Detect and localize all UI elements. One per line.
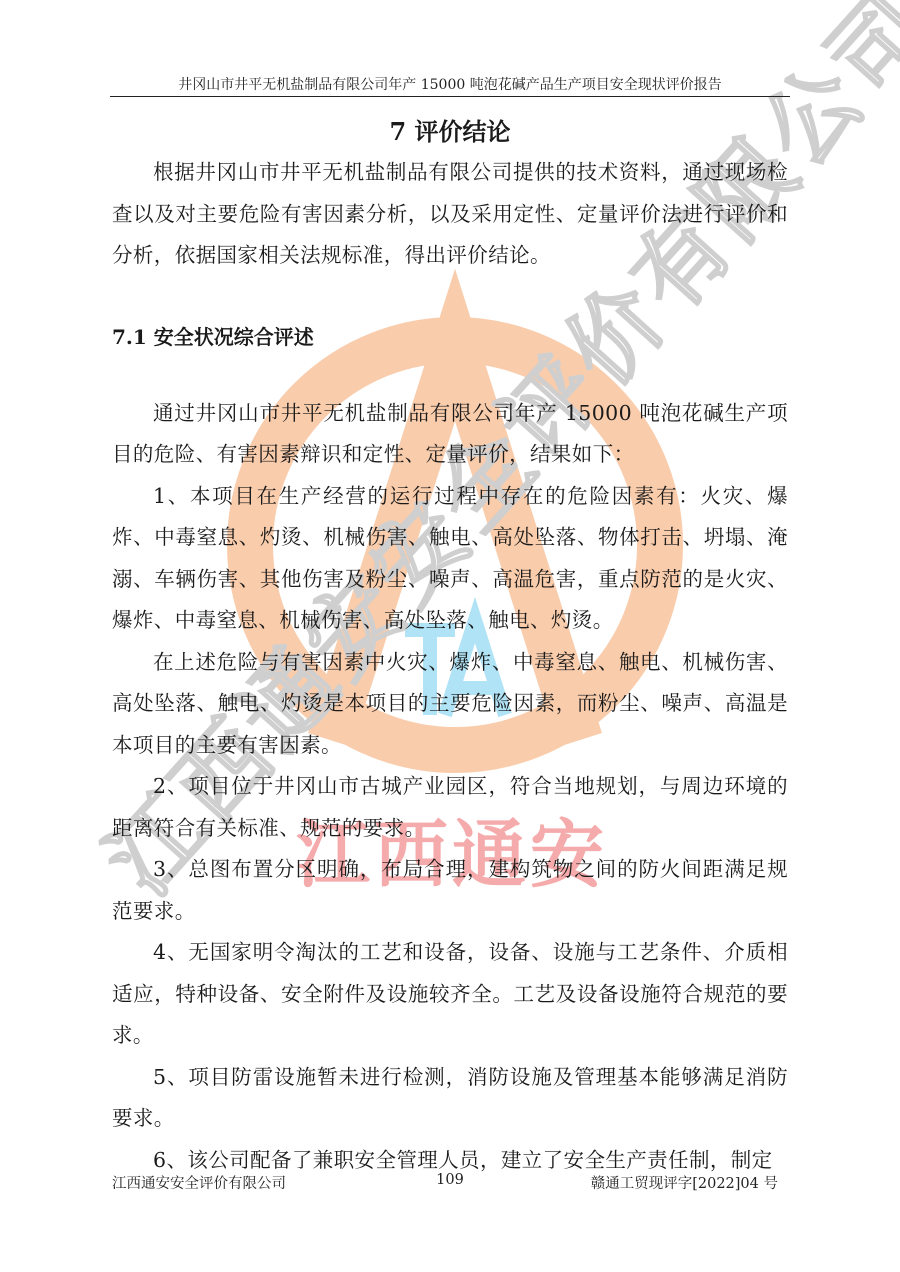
section-paragraph-item-1: 1、本项目在生产经营的运行过程中存在的危险因素有：火灾、爆炸、中毒窒息、灼烫、机… xyxy=(112,476,788,642)
chapter-intro-paragraph: 根据井冈山市井平无机盐制品有限公司提供的技术资料，通过现场检查以及对主要危险有害… xyxy=(112,152,788,277)
section-paragraph-item-5: 5、项目防雷设施暂未进行检测，消防设施及管理基本能够满足消防要求。 xyxy=(112,1057,788,1140)
section-paragraph-item-2: 2、项目位于井冈山市古城产业园区，符合当地规划，与周边环境的距离符合有关标准、规… xyxy=(112,766,788,849)
section-paragraph-item-4: 4、无国家明令淘汰的工艺和设备，设备、设施与工艺条件、介质相适应，特种设备、安全… xyxy=(112,932,788,1057)
section-paragraph-item-6: 6、该公司配备了兼职安全管理人员，建立了安全生产责任制，制定 xyxy=(112,1140,788,1182)
section-title: 7.1 安全状况综合评述 xyxy=(112,317,788,357)
section-paragraph-intro: 通过井冈山市井平无机盐制品有限公司年产 15000 吨泡花碱生产项目的危险、有害… xyxy=(112,393,788,476)
page-header: 井冈山市井平无机盐制品有限公司年产 15000 吨泡花碱产品生产项目安全现状评价… xyxy=(110,74,790,94)
spacer xyxy=(112,277,788,317)
header-divider xyxy=(110,96,790,97)
section-paragraph-hazards-summary: 在上述危险与有害因素中火灾、爆炸、中毒窒息、触电、机械伤害、高处坠落、触电、灼烫… xyxy=(112,642,788,767)
chapter-title: 7 评价结论 xyxy=(112,112,788,152)
spacer xyxy=(112,357,788,393)
document-body: 7 评价结论 根据井冈山市井平无机盐制品有限公司提供的技术资料，通过现场检查以及… xyxy=(112,112,788,1181)
section-paragraph-item-3: 3、总图布置分区明确，布局合理，建构筑物之间的防火间距满足规范要求。 xyxy=(112,849,788,932)
